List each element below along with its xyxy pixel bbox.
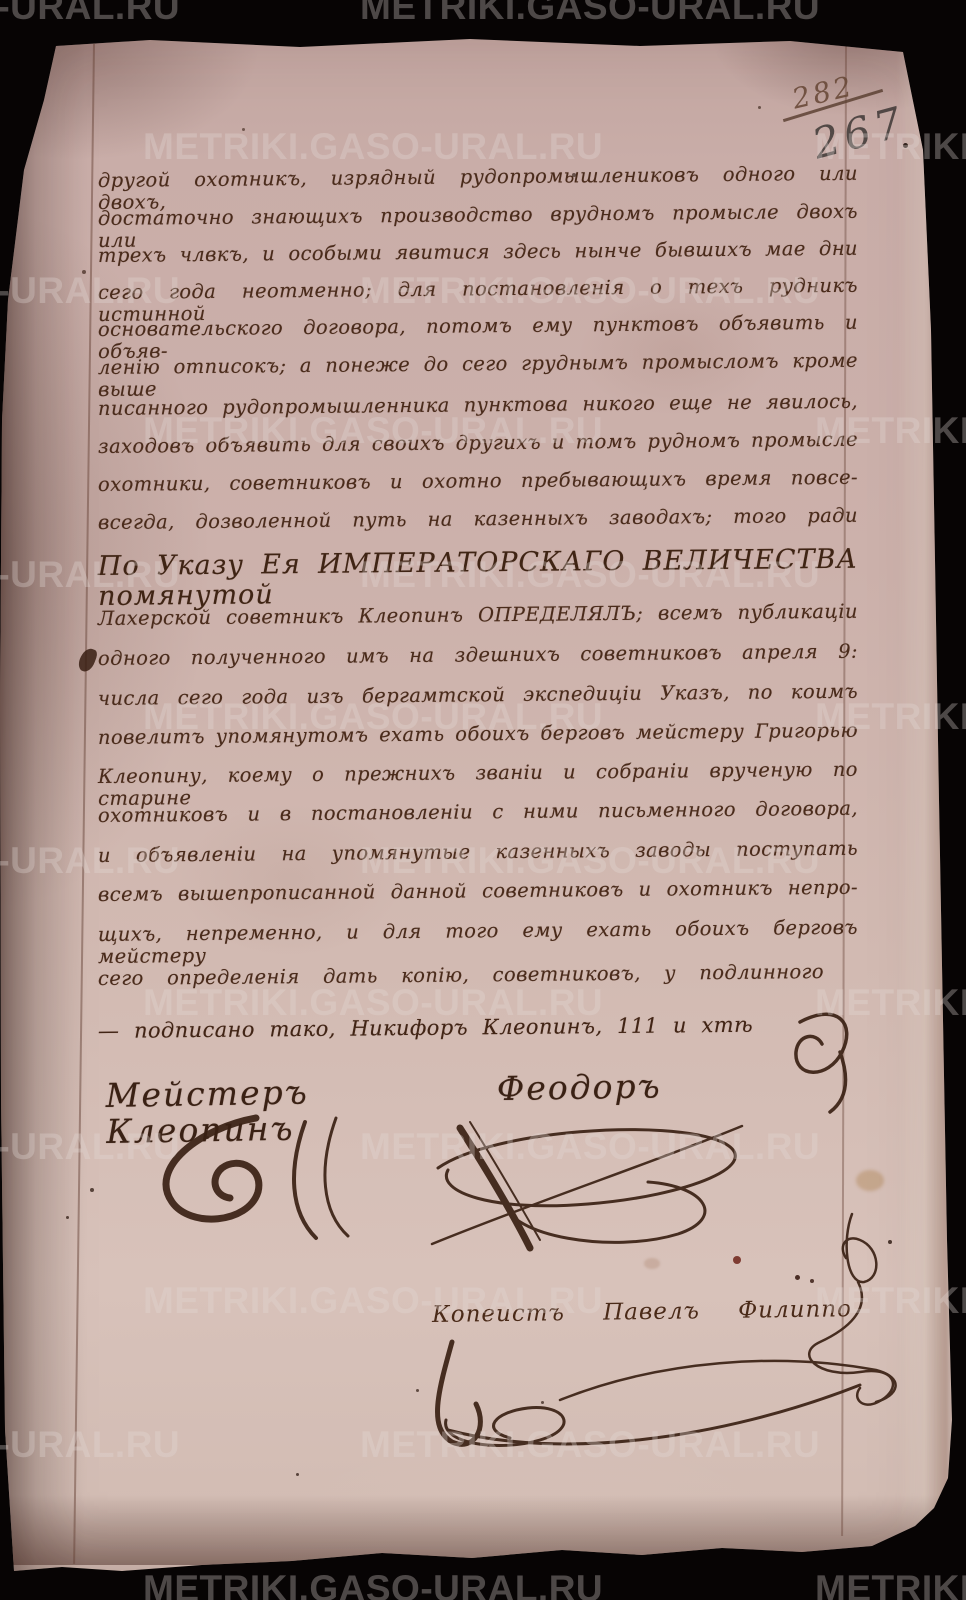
watermark-text: METRIKI.GASO-URAL.RU <box>0 0 180 25</box>
manuscript-page: 282 267 другой охотникъ, изрядный рудопр… <box>0 0 966 1600</box>
watermark-text: METRIKI.GASO-URAL.RU <box>815 1570 966 1600</box>
ink-flourishes <box>0 0 966 1600</box>
attestation-flourish <box>796 1014 847 1112</box>
watermark-text: METRIKI.GASO-URAL.RU <box>143 1570 603 1600</box>
document-scan: 282 267 другой охотникъ, изрядный рудопр… <box>0 0 966 1600</box>
watermark-text: METRIKI.GASO-URAL.RU <box>360 0 820 25</box>
